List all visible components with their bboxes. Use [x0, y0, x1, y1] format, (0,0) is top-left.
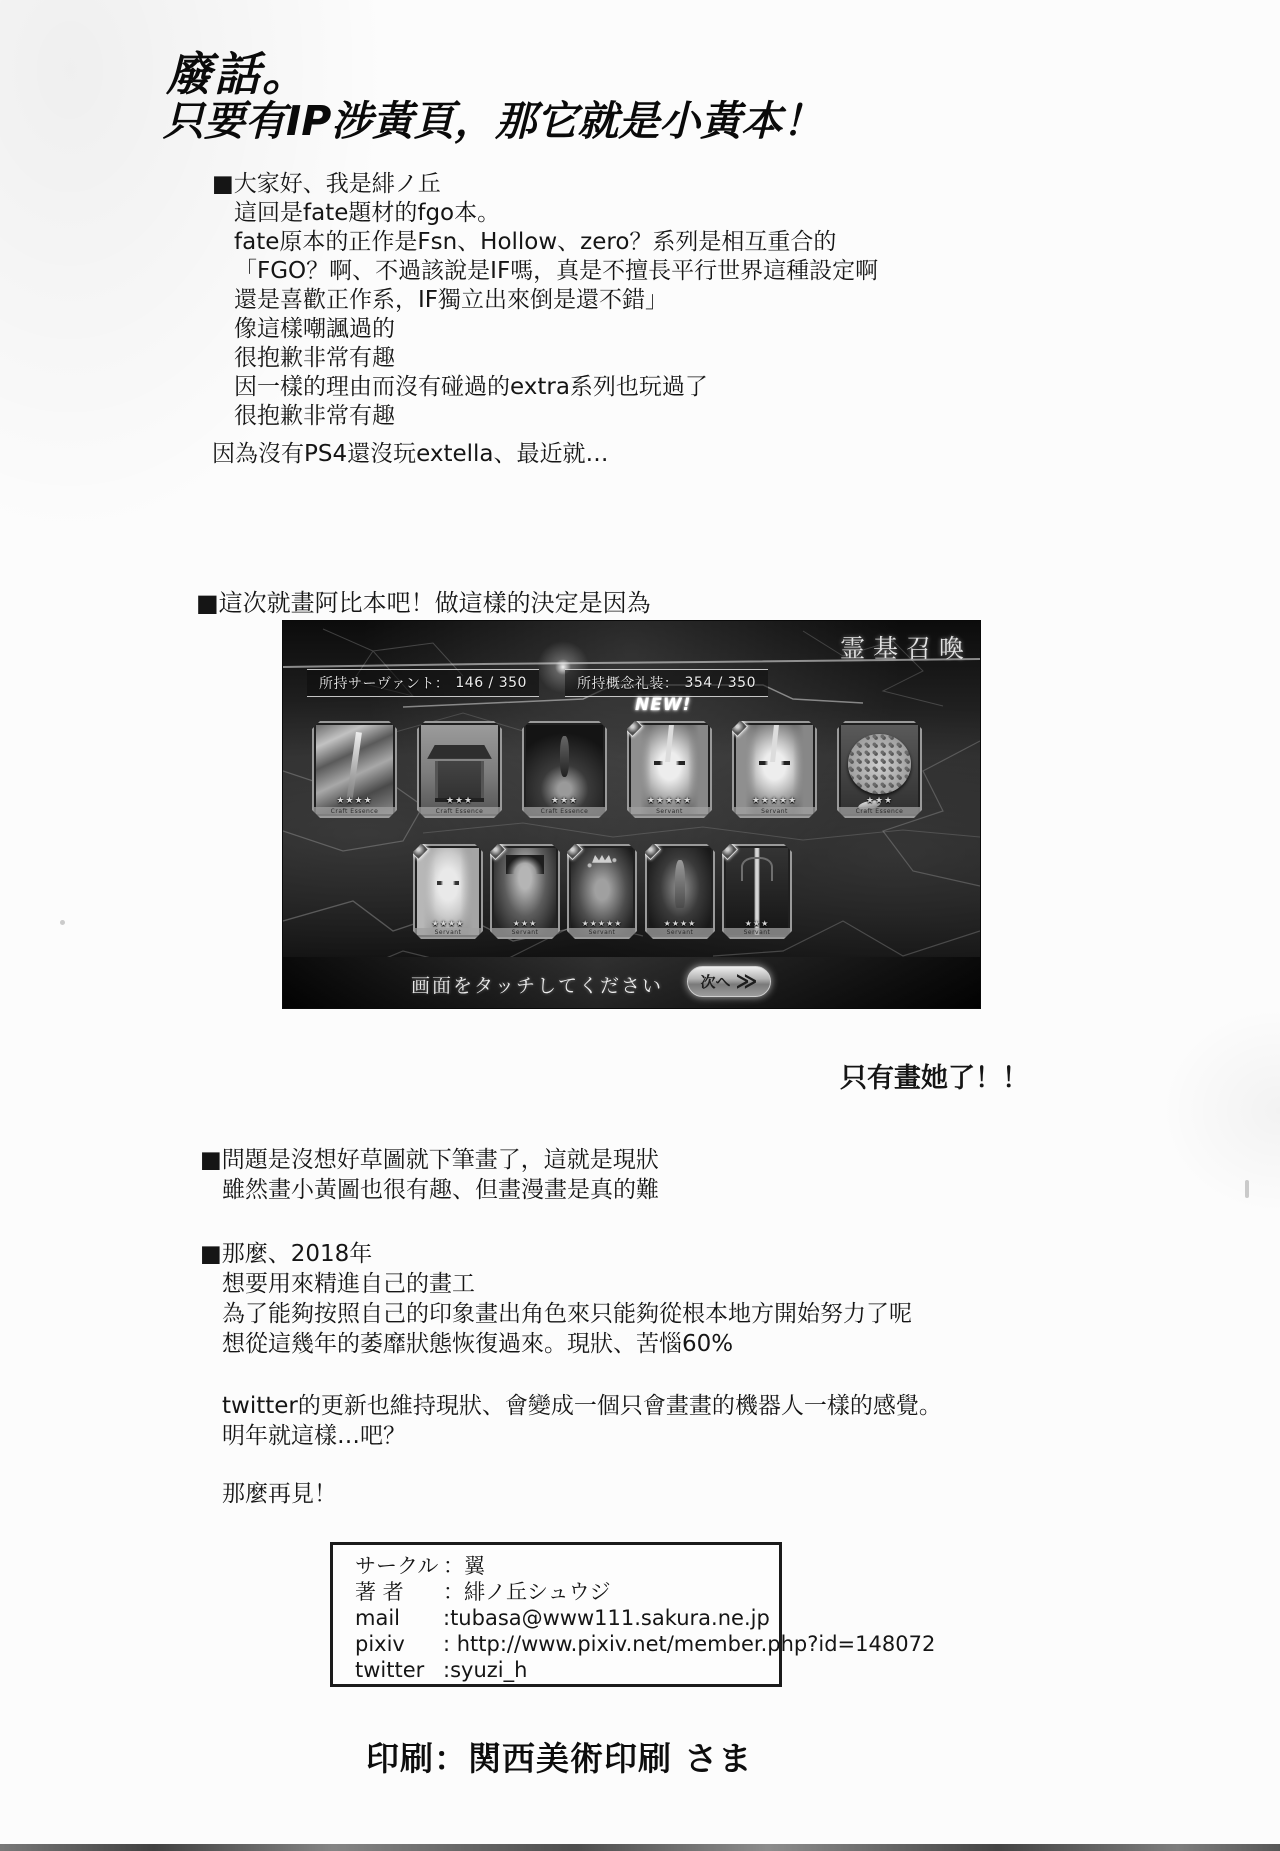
card-stars: ★★★★	[314, 796, 395, 806]
craft-essence-count-value: 354 / 350	[684, 675, 756, 691]
summon-card[interactable]: ★★★ Craft Essence	[522, 721, 607, 818]
summon-card[interactable]: ★★★★ Servant	[645, 844, 715, 939]
text-line: 很抱歉非常有趣	[234, 402, 878, 431]
card-type-label: Craft Essence	[314, 807, 395, 816]
card-stars: ★★★	[524, 796, 605, 806]
text-line: 還是喜歡正作系，IF獨立出來倒是還不錯」	[234, 286, 878, 315]
decision-heading: ■這次就畫阿比本吧！做這樣的決定是因為	[196, 589, 651, 618]
credit-value: : http://www.pixiv.net/member.php?id=148…	[443, 1631, 935, 1657]
text-line: fate原本的正作是Fsn、Hollow、zero？系列是相互重合的	[234, 228, 878, 257]
credit-label: twitter	[355, 1657, 443, 1683]
text-line: 想從這幾年的萎靡狀態恢復過來。現狀、苦惱60%	[222, 1330, 733, 1359]
greeting-ps-line: 因為沒有PS4還沒玩extella、最近就…	[212, 440, 609, 469]
credit-label: mail	[355, 1605, 443, 1631]
farewell-line: 那麼再見！	[222, 1480, 337, 1509]
summon-card[interactable]: ★★★★★ Servant	[627, 721, 712, 818]
card-type-label: Servant	[724, 928, 790, 937]
credit-label: サークル	[355, 1553, 443, 1579]
scan-edge-artifact	[0, 1844, 1280, 1851]
year2018-heading: ■那麼、2018年	[200, 1240, 372, 1269]
craft-essence-count: 所持概念礼装： 354 / 350	[565, 669, 768, 697]
card-stars: ★★★	[419, 796, 500, 806]
credit-value: :syuzi_h	[443, 1657, 527, 1683]
text-line: 「FGO？啊、不過該說是IF嗎，真是不擅長平行世界這種設定啊	[234, 257, 878, 286]
greeting-paragraph: ■大家好、我是緋ノ丘 這回是fate題材的fgo本。 fate原本的正作是Fsn…	[212, 170, 878, 431]
next-button[interactable]: 次へ ≫	[687, 966, 771, 997]
problem-heading: ■問題是沒想好草圖就下筆畫了，這就是現狀	[200, 1146, 659, 1175]
credit-label: pixiv	[355, 1631, 443, 1657]
card-type-label: Servant	[629, 807, 710, 816]
text-line: 明年就這樣…吧？	[222, 1422, 406, 1451]
printing-credit: 印刷：関西美術印刷 さま	[366, 1733, 753, 1780]
scan-speck	[1245, 1180, 1249, 1198]
greeting-heading: ■大家好、我是緋ノ丘	[212, 170, 878, 199]
only-her-caption: 只有畫她了！！	[840, 1064, 1029, 1093]
card-type-label: Servant	[569, 928, 635, 937]
summon-footer-bar: 画面をタッチしてください 次へ ≫	[283, 957, 980, 1008]
summon-card[interactable]: ★★★★ Craft Essence	[312, 721, 397, 818]
text-line: 很抱歉非常有趣	[234, 344, 878, 373]
possession-counts-bar: 所持サーヴァント： 146 / 350 所持概念礼装： 354 / 350	[307, 669, 768, 697]
credits-box: サークル ：翼 著 者 ：緋ノ丘シュウジ mail :tubasa@www111…	[330, 1542, 782, 1687]
summon-card[interactable]: ★★★ Servant	[490, 844, 560, 939]
card-type-label: Servant	[647, 928, 713, 937]
next-button-label: 次へ	[701, 971, 731, 992]
summon-card[interactable]: ★★★★★ Servant	[732, 721, 817, 818]
craft-essence-count-label: 所持概念礼装：	[577, 673, 679, 693]
page-title-line2: 只要有IP涉黃頁，那它就是小黃本！	[163, 88, 823, 147]
credit-row-mail: mail :tubasa@www111.sakura.ne.jp	[355, 1605, 779, 1631]
card-type-label: Craft Essence	[524, 807, 605, 816]
credit-value: ：緋ノ丘シュウジ	[443, 1579, 611, 1605]
text-line: 這回是fate題材的fgo本。	[234, 199, 878, 228]
text-line: 為了能夠按照自己的印象畫出角色來只能夠從根本地方開始努力了呢	[222, 1300, 912, 1329]
summon-screen-title: 霊基召喚	[840, 629, 972, 665]
summon-card[interactable]: ★★★ Craft Essence	[417, 721, 502, 818]
text-line: 因一樣的理由而沒有碰過的extra系列也玩過了	[234, 373, 878, 402]
summon-card[interactable]: ★★★★ Servant	[413, 844, 483, 939]
credit-row-pixiv: pixiv : http://www.pixiv.net/member.php?…	[355, 1631, 779, 1657]
text-line: twitter的更新也維持現狀、會變成一個只會畫畫的機器人一樣的感覺。	[222, 1392, 942, 1421]
summon-card[interactable]: ★★★ Servant	[722, 844, 792, 939]
card-stars: ★★★	[839, 796, 920, 806]
servant-count: 所持サーヴァント： 146 / 350	[307, 669, 539, 697]
servant-count-label: 所持サーヴァント：	[319, 673, 449, 693]
fgo-summon-screenshot: 霊基召喚 所持サーヴァント： 146 / 350 所持概念礼装： 354 / 3…	[283, 621, 980, 1008]
scanned-afterword-page: 廢話。 只要有IP涉黃頁，那它就是小黃本！ ■大家好、我是緋ノ丘 這回是fate…	[0, 0, 1280, 1851]
card-stars: ★★★★★	[569, 919, 635, 928]
card-stars: ★★★★	[647, 919, 713, 928]
card-type-label: Craft Essence	[419, 807, 500, 816]
new-badge: NEW!	[635, 695, 691, 715]
credit-value: ：翼	[443, 1553, 485, 1579]
credit-row-circle: サークル ：翼	[355, 1553, 779, 1579]
credit-label: 著 者	[355, 1579, 443, 1605]
text-line: 像這樣嘲諷過的	[234, 315, 878, 344]
card-type-label: Servant	[492, 928, 558, 937]
card-stars: ★★★	[724, 919, 790, 928]
card-type-label: Craft Essence	[839, 807, 920, 816]
card-stars: ★★★★★	[734, 796, 815, 806]
summon-card[interactable]: ★★★★★ Servant	[567, 844, 637, 939]
card-stars: ★★★★	[415, 919, 481, 928]
summon-card[interactable]: ★★★ Craft Essence	[837, 721, 922, 818]
card-stars: ★★★★★	[629, 796, 710, 806]
card-type-label: Servant	[415, 928, 481, 937]
scan-speck	[60, 920, 65, 925]
card-stars: ★★★	[492, 919, 558, 928]
problem-line: 雖然畫小黃圖也很有趣、但畫漫畫是真的難	[222, 1176, 659, 1205]
double-chevron-icon: ≫	[736, 971, 758, 992]
credit-row-author: 著 者 ：緋ノ丘シュウジ	[355, 1579, 779, 1605]
credit-row-twitter: twitter :syuzi_h	[355, 1657, 779, 1683]
touch-screen-prompt: 画面をタッチしてください	[411, 971, 663, 998]
card-type-label: Servant	[734, 807, 815, 816]
servant-count-value: 146 / 350	[455, 675, 527, 691]
credit-value: :tubasa@www111.sakura.ne.jp	[443, 1605, 770, 1631]
text-line: 想要用來精進自己的畫工	[222, 1270, 475, 1299]
